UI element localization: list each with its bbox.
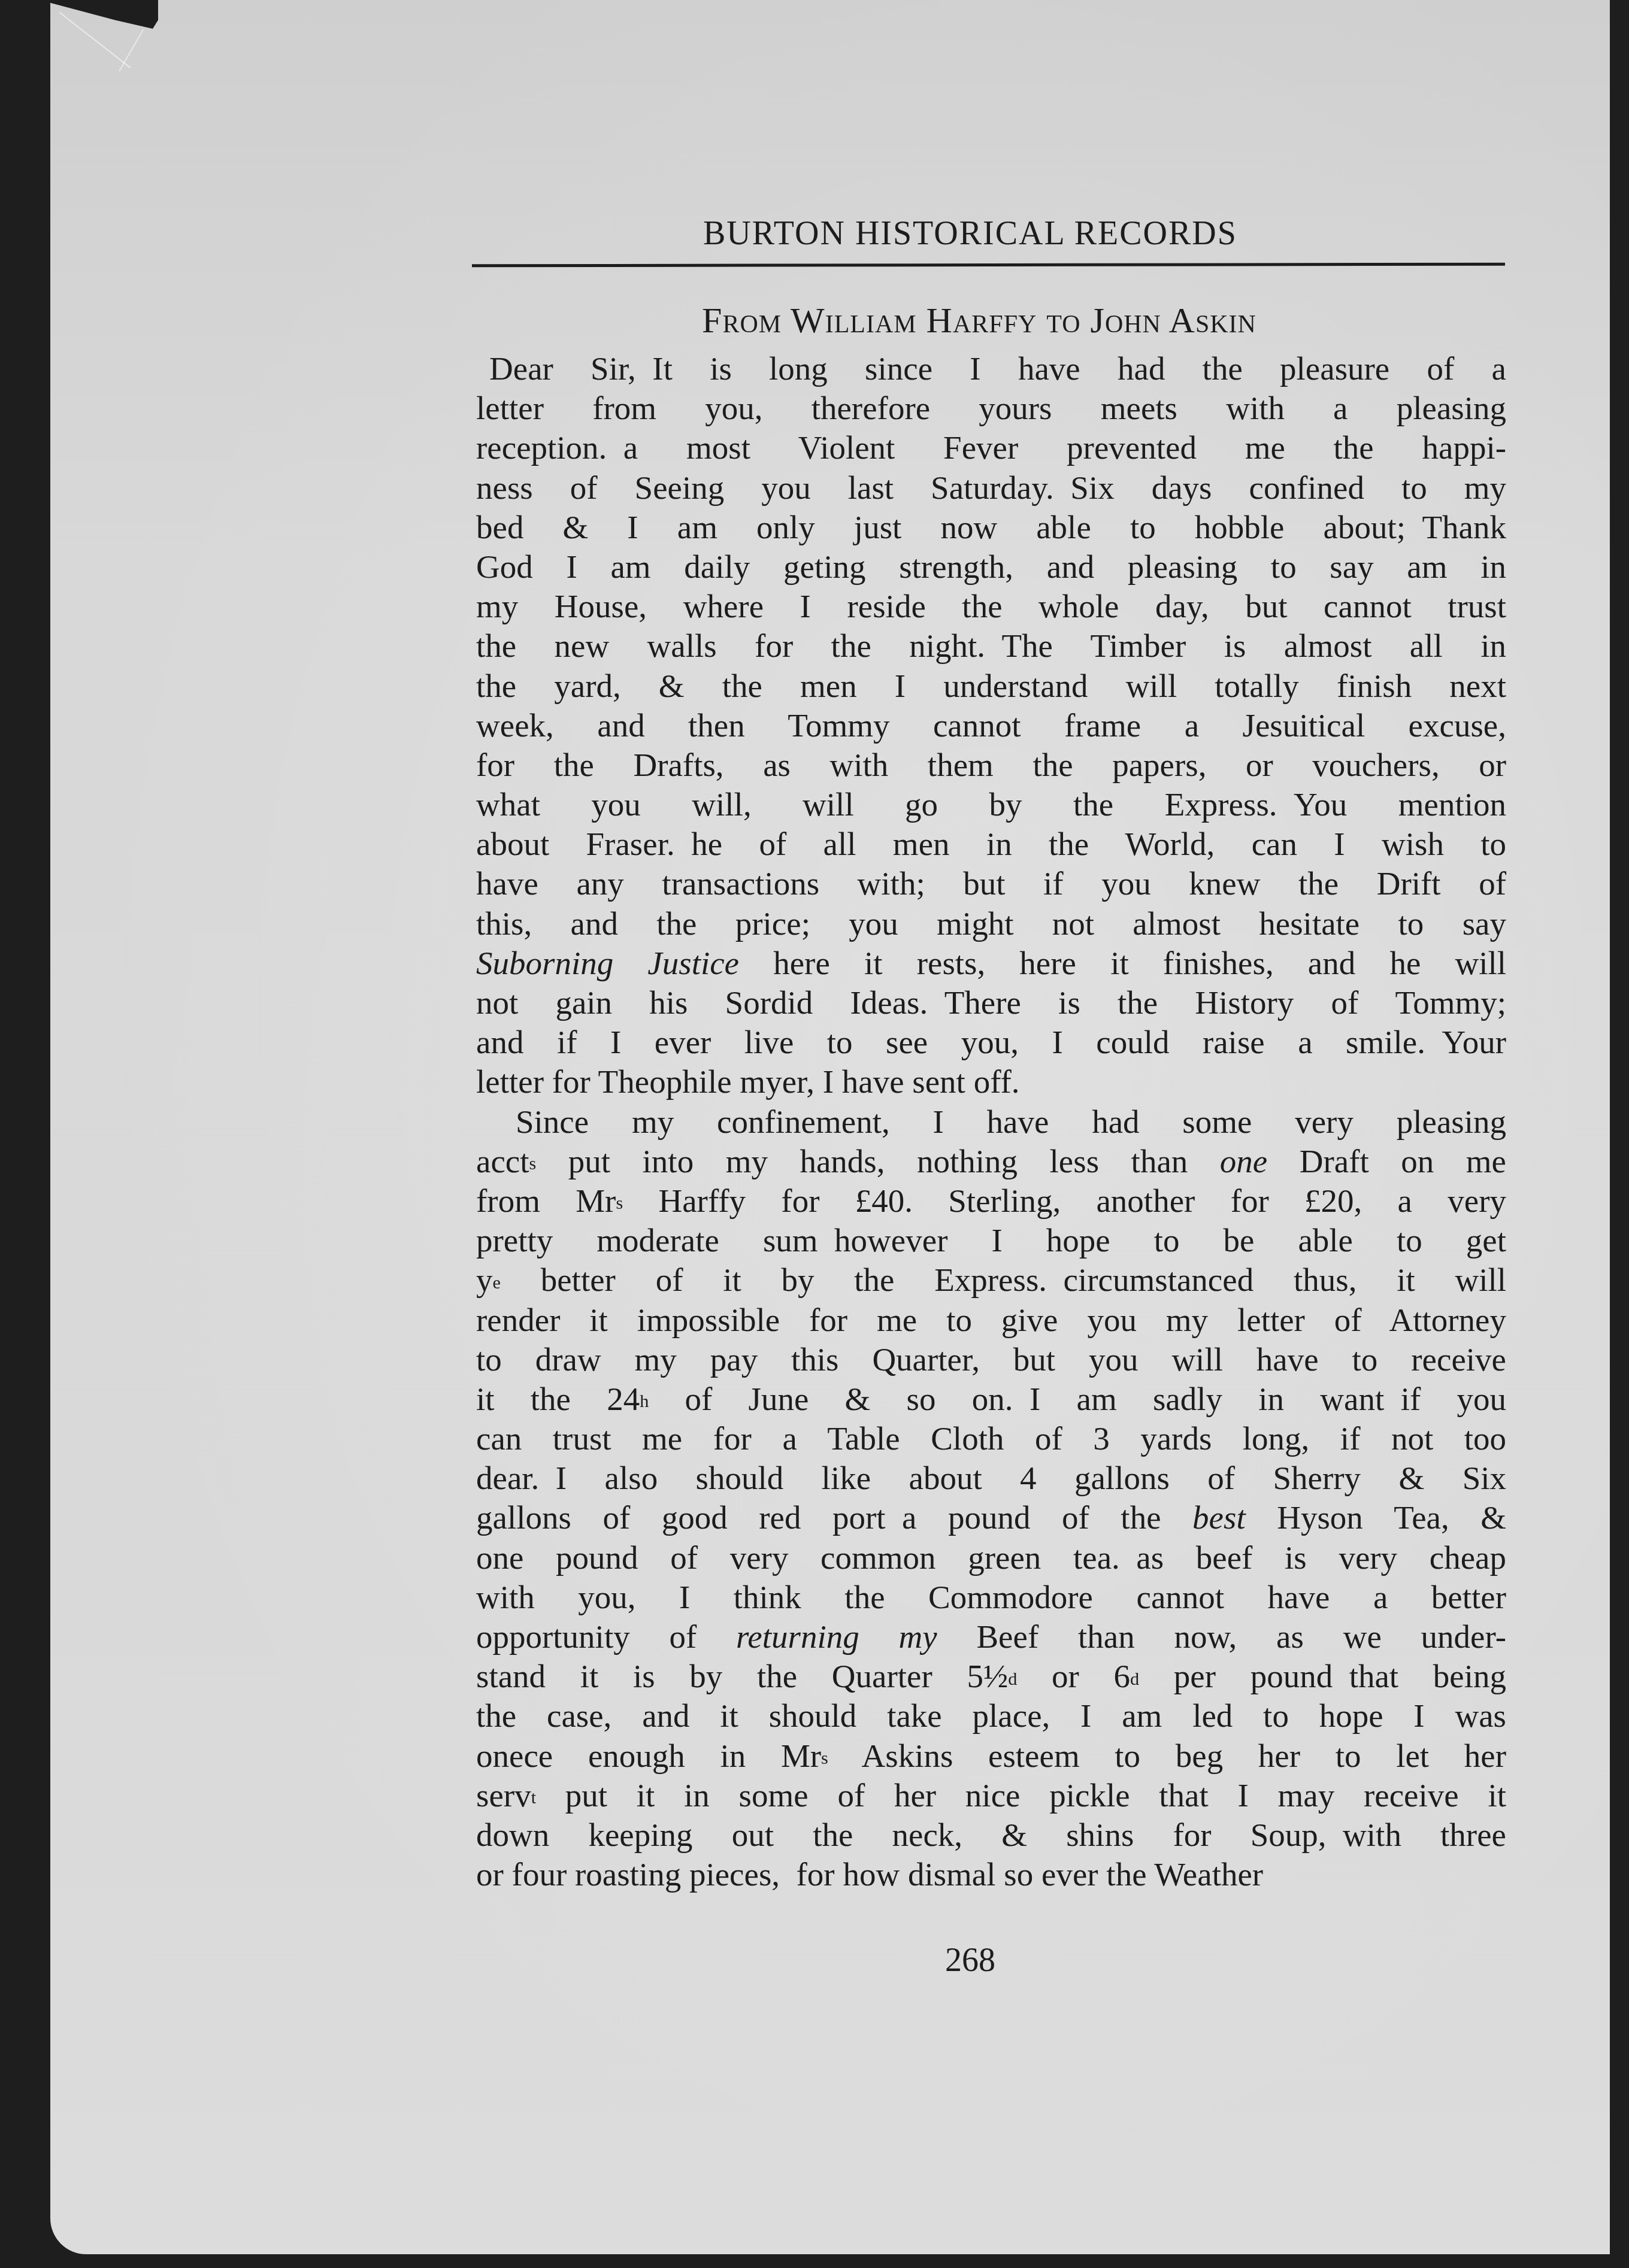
italic-text: Suborning Justice	[476, 945, 739, 981]
text-run: to draw my pay this Quarter, but you wil…	[476, 1341, 1506, 1378]
text-line: God I am daily geting strength, and plea…	[476, 547, 1506, 587]
text-run: of June & so on. I am sadly in want if y…	[649, 1381, 1506, 1417]
text-run: opportunity of	[476, 1618, 736, 1655]
italic-text: one	[1220, 1143, 1267, 1180]
superscript-abbrev: s	[529, 1153, 537, 1174]
text-run: for the Drafts, as with them the papers,…	[476, 747, 1506, 783]
text-run: or 6	[1017, 1658, 1130, 1694]
text-run: and if I ever live to see you, I could r…	[476, 1024, 1506, 1060]
text-run: letter from you, therefore yours meets w…	[476, 390, 1506, 426]
text-run: my House, where I reside the whole day, …	[476, 588, 1506, 624]
letter-title: From William Harffy to John Askin	[476, 302, 1506, 338]
text-run: the yard, & the men I understand will to…	[476, 668, 1506, 704]
text-run: it the 24	[476, 1381, 640, 1417]
text-run: ness of Seeing you last Saturday. Six da…	[476, 469, 1506, 506]
text-line: can trust me for a Table Cloth of 3 yard…	[476, 1419, 1506, 1459]
text-line: about Fraser. he of all men in the World…	[476, 824, 1506, 864]
running-head: BURTON HISTORICAL RECORDS	[476, 217, 1506, 250]
superscript-abbrev: h	[640, 1391, 649, 1411]
text-run: reception. a most Violent Fever prevente…	[476, 429, 1506, 466]
text-run: this, and the price; you might not almos…	[476, 905, 1506, 942]
superscript-abbrev: s	[616, 1193, 623, 1213]
text-line: stand it is by the Quarter 5½d or 6d per…	[476, 1657, 1506, 1696]
letter-body: Dear Sir, It is long since I have had th…	[476, 349, 1506, 1894]
text-run: y	[476, 1262, 493, 1298]
text-line: letter from you, therefore yours meets w…	[476, 389, 1506, 428]
text-line: opportunity of returning my Beef than no…	[476, 1617, 1506, 1657]
superscript-abbrev: s	[821, 1748, 828, 1768]
text-line: gallons of good red port a pound of the …	[476, 1498, 1506, 1538]
text-run: Harffy for £40. Sterling, another for £2…	[623, 1182, 1506, 1219]
text-line: Dear Sir, It is long since I have had th…	[476, 349, 1506, 389]
text-line: down keeping out the neck, & shins for S…	[476, 1815, 1506, 1855]
text-run: about Fraser. he of all men in the World…	[476, 826, 1506, 862]
text-line: and if I ever live to see you, I could r…	[476, 1023, 1506, 1062]
italic-text: best	[1192, 1499, 1246, 1536]
text-run: put into my hands, nothing less than	[536, 1143, 1220, 1180]
text-line: one pound of very common green tea. as b…	[476, 1538, 1506, 1578]
text-line: from Mrs Harffy for £40. Sterling, anoth…	[476, 1181, 1506, 1221]
text-line: the case, and it should take place, I am…	[476, 1696, 1506, 1736]
text-run: the case, and it should take place, I am…	[476, 1697, 1506, 1734]
text-line: to draw my pay this Quarter, but you wil…	[476, 1340, 1506, 1379]
text-line: reception. a most Violent Fever prevente…	[476, 428, 1506, 468]
superscript-abbrev: d	[1008, 1669, 1017, 1689]
text-run: down keeping out the neck, & shins for S…	[476, 1817, 1506, 1853]
text-run: letter for Theophile myer, I have sent o…	[476, 1063, 1020, 1100]
text-line: Since my confinement, I have had some ve…	[476, 1102, 1506, 1142]
text-run: Dear Sir, It is long since I have had th…	[489, 350, 1506, 387]
text-line: ye better of it by the Express. circumst…	[476, 1260, 1506, 1300]
text-line: bed & I am only just now able to hobble …	[476, 508, 1506, 547]
text-run: week, and then Tommy cannot frame a Jesu…	[476, 707, 1506, 744]
superscript-abbrev: e	[493, 1272, 501, 1293]
text-line: or four roasting pieces, for how dismal …	[476, 1855, 1506, 1894]
paragraph: Since my confinement, I have had some ve…	[476, 1102, 1506, 1895]
text-line: not gain his Sordid Ideas. There is the …	[476, 983, 1506, 1023]
text-run: can trust me for a Table Cloth of 3 yard…	[476, 1420, 1506, 1457]
text-run: put it in some of her nice pickle that I…	[536, 1777, 1506, 1814]
text-line: ness of Seeing you last Saturday. Six da…	[476, 468, 1506, 508]
text-line: it the 24h of June & so on. I am sadly i…	[476, 1379, 1506, 1419]
text-run: one pound of very common green tea. as b…	[476, 1539, 1506, 1576]
text-run: God I am daily geting strength, and plea…	[476, 548, 1506, 585]
text-line: the new walls for the night. The Timber …	[476, 626, 1506, 666]
text-run: serv	[476, 1777, 531, 1814]
text-line: week, and then Tommy cannot frame a Jesu…	[476, 706, 1506, 745]
text-line: accts put into my hands, nothing less th…	[476, 1142, 1506, 1181]
text-line: dear. I also should like about 4 gallons…	[476, 1459, 1506, 1498]
italic-text: returning my	[736, 1618, 937, 1655]
text-line: have any transactions with; but if you k…	[476, 864, 1506, 903]
text-line: for the Drafts, as with them the papers,…	[476, 745, 1506, 785]
text-run: Since my confinement, I have had some ve…	[516, 1103, 1506, 1140]
text-run: per pound that being	[1139, 1658, 1506, 1694]
text-run: not gain his Sordid Ideas. There is the …	[476, 984, 1506, 1021]
text-line: letter for Theophile myer, I have sent o…	[476, 1062, 1506, 1102]
text-run: render it impossible for me to give you …	[476, 1302, 1506, 1338]
text-line: pretty moderate sum however I hope to be…	[476, 1221, 1506, 1260]
text-line: render it impossible for me to give you …	[476, 1300, 1506, 1340]
text-run: what you will, will go by the Express. Y…	[476, 786, 1506, 823]
text-run: gallons of good red port a pound of the	[476, 1499, 1192, 1536]
text-line: servt put it in some of her nice pickle …	[476, 1776, 1506, 1815]
text-run: Draft on me	[1267, 1143, 1506, 1180]
superscript-abbrev: d	[1130, 1669, 1139, 1689]
text-run: better of it by the Express. circumstanc…	[501, 1262, 1506, 1298]
text-run: or four roasting pieces, for how dismal …	[476, 1856, 1263, 1893]
text-run: from Mr	[476, 1182, 616, 1219]
paragraph: Dear Sir, It is long since I have had th…	[476, 349, 1506, 1102]
text-run: pretty moderate sum however I hope to be…	[476, 1222, 1506, 1259]
text-run: dear. I also should like about 4 gallons…	[476, 1460, 1506, 1496]
text-run: onece enough in Mr	[476, 1738, 821, 1774]
text-run: with you, I think the Commodore cannot h…	[476, 1579, 1506, 1615]
text-run: Askins esteem to beg her to let her	[828, 1738, 1506, 1774]
text-run: bed & I am only just now able to hobble …	[476, 509, 1506, 545]
text-run: stand it is by the Quarter 5½	[476, 1658, 1008, 1694]
text-run: the new walls for the night. The Timber …	[476, 627, 1506, 664]
text-line: what you will, will go by the Express. Y…	[476, 785, 1506, 824]
text-line: this, and the price; you might not almos…	[476, 904, 1506, 944]
text-line: my House, where I reside the whole day, …	[476, 587, 1506, 626]
text-run: Hyson Tea, &	[1246, 1499, 1506, 1536]
text-run: have any transactions with; but if you k…	[476, 865, 1506, 902]
text-run: acct	[476, 1143, 529, 1180]
text-line: with you, I think the Commodore cannot h…	[476, 1578, 1506, 1617]
text-line: Suborning Justice here it rests, here it…	[476, 944, 1506, 983]
text-line: onece enough in Mrs Askins esteem to beg…	[476, 1736, 1506, 1776]
text-line: the yard, & the men I understand will to…	[476, 666, 1506, 706]
superscript-abbrev: t	[531, 1787, 536, 1808]
text-run: here it rests, here it finishes, and he …	[739, 945, 1506, 981]
text-run: Beef than now, as we under-	[937, 1618, 1506, 1655]
page-number: 268	[476, 1943, 1506, 1977]
